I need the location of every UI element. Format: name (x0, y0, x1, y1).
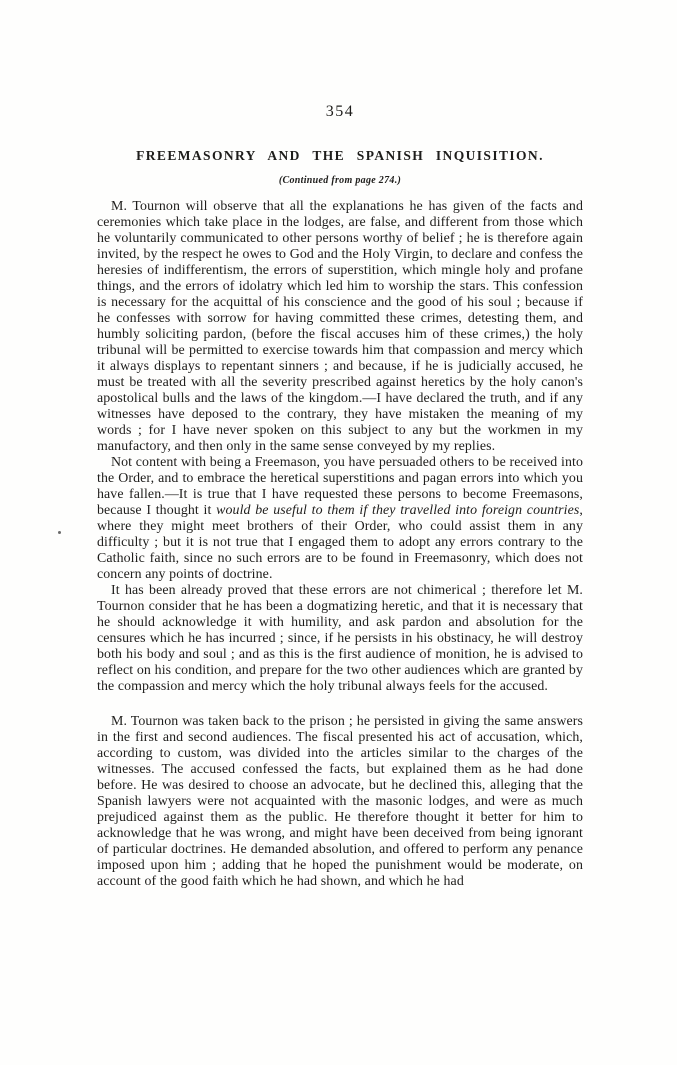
paragraph-4: M. Tournon was taken back to the prison … (97, 714, 583, 890)
article-title: FREEMASONRY AND THE SPANISH INQUISITION. (97, 148, 583, 164)
article-body: M. Tournon will observe that all the exp… (97, 199, 583, 890)
page-number: 354 (97, 103, 583, 121)
paragraph-1: M. Tournon will observe that all the exp… (97, 199, 583, 455)
paragraph-2-italic-phrase: would be useful to them if they travelle… (216, 503, 579, 518)
scan-speck (58, 531, 61, 534)
paragraph-2: Not content with being a Freemason, you … (97, 455, 583, 583)
book-page: 354 FREEMASONRY AND THE SPANISH INQUISIT… (0, 0, 677, 1065)
paragraph-3: It has been already proved that these er… (97, 583, 583, 695)
continuation-note: (Continued from page 274.) (97, 175, 583, 186)
